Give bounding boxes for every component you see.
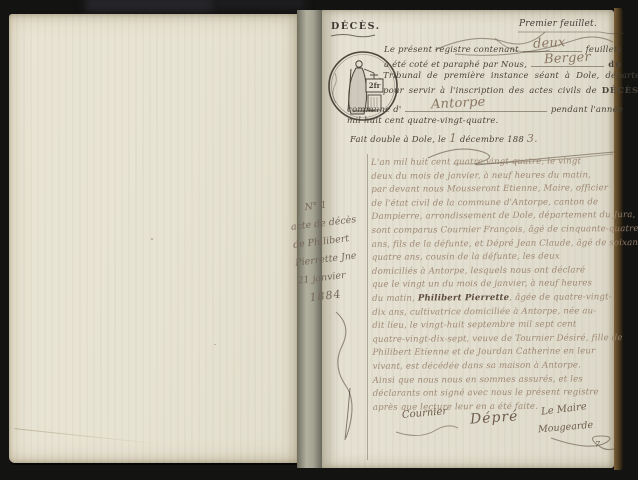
act-text: , âgée de quatre-vingt-	[509, 292, 612, 303]
background-shadow	[85, 0, 215, 12]
declaration-line-5: commune d' Antorpe pendant l'année	[347, 101, 623, 115]
printed-text: pendant l'année	[551, 105, 623, 115]
printed-text: Le présent registre contenant	[384, 45, 519, 55]
register-type-label: DÉCÈS.	[331, 21, 381, 32]
act-line: Philibert Etienne et de Jourdan Catherin…	[372, 345, 624, 360]
signature-flourish	[545, 430, 615, 458]
page-mark: 7	[595, 440, 600, 449]
scanned-register-page: DÉCÈS. Premier feuillet. 2fr Le présent …	[0, 0, 638, 480]
margin-note: N° 1 acte de décès de Philibert Pierrett…	[288, 192, 381, 309]
act-line: sont comparus Cournier François, âgé de …	[372, 223, 624, 238]
declaration-line-2: a été coté et paraphé par Nous, Berger d…	[384, 56, 622, 70]
printed-text: commune d'	[347, 105, 401, 115]
act-line: par devant nous Mousseront Etienne, Mair…	[371, 182, 623, 197]
act-line: dix ans, cultivatrice domiciliée à Antor…	[372, 305, 624, 320]
paper-speck	[214, 344, 216, 345]
margin-flourish	[322, 308, 362, 443]
handwritten-entry: Antorpe	[431, 95, 486, 113]
printed-text: feuillets	[586, 45, 622, 55]
printed-text-bold: DÉCÈS	[602, 86, 638, 96]
act-line-deceased-name: du matin, Philibert Pierrette, âgée de q…	[372, 291, 624, 306]
left-page	[9, 14, 300, 463]
deceased-name: Philibert Pierrette	[418, 293, 510, 304]
printed-text: pour servir à l'inscription des actes ci…	[383, 86, 597, 96]
signature-flourish	[392, 420, 462, 438]
stamp-value: 2fr	[369, 81, 381, 90]
fill-in-rule: Antorpe	[405, 101, 546, 112]
handwritten-entry: Berger	[544, 50, 592, 67]
fill-in-rule: Berger	[531, 56, 604, 67]
act-text: du matin,	[372, 293, 418, 303]
printed-text: a été coté et paraphé par Nous,	[384, 60, 527, 70]
declaration-line-3: Tribunal de première instance séant à Do…	[383, 71, 638, 81]
paper-speck	[151, 238, 153, 240]
printed-text: du	[608, 60, 622, 70]
act-line: ans, fils de la défunte, et Dépré Jean C…	[372, 237, 624, 252]
paper-texture	[9, 14, 300, 463]
declaration-line-6: mil huit cent quatre-vingt-quatre.	[347, 116, 498, 126]
signature-declarant-2: Dépré	[470, 408, 519, 427]
act-line: déclarants ont signé avec nous le présen…	[373, 386, 625, 401]
background-shadow	[215, 0, 305, 10]
death-act-text: L'an mil huit cent quatre vingt quatre, …	[371, 155, 625, 415]
underline-flourish	[330, 33, 376, 41]
declaration-line-4: pour servir à l'inscription des actes ci…	[383, 86, 638, 96]
handwritten-entry: deux	[533, 35, 566, 52]
